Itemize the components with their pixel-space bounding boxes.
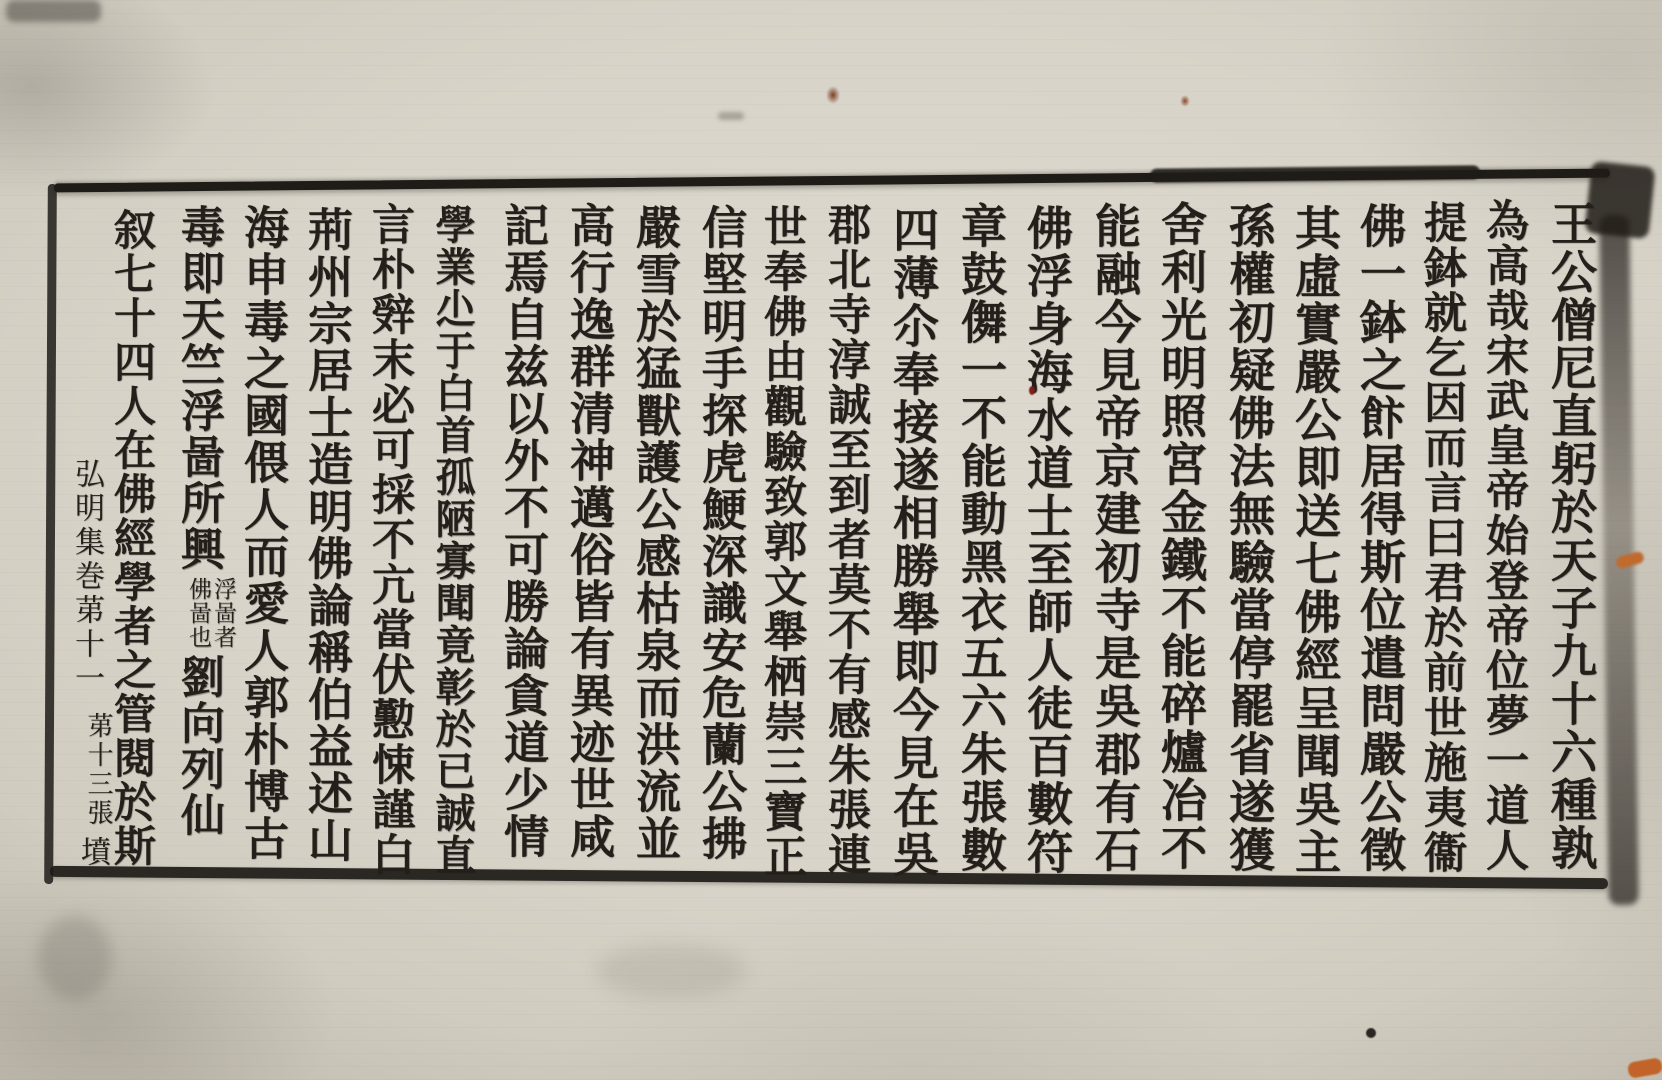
text-column-05: 其虛實嚴公即送七佛經呈聞吳主 xyxy=(1282,204,1348,876)
text-column-10: 章鼓儛一不能動黑衣五六朱張數 xyxy=(948,202,1014,874)
interlinear-note: 浮啚者佛啚也 xyxy=(185,577,235,649)
text-column-18: 學業尐于白首孤陋寡聞竟彰於已誠直 xyxy=(424,204,481,876)
text-column-09: 佛浮身海水道士至師人徒百數符 xyxy=(1014,204,1080,876)
text-column-02: 為高哉宋武皇帝始登帝位夢一道人 xyxy=(1474,198,1535,873)
volume-colophon: 弘明集巻苐十一 xyxy=(64,458,108,696)
column-22-main-text: 毒即天竺浮啚所興 xyxy=(173,204,224,572)
text-column-20: 荊州宗居士造明佛論稱伯益述山 xyxy=(294,206,359,864)
text-column-11: 四薄尒奉接遂相勝舉即今見在吳 xyxy=(880,206,946,878)
rust-stain-top xyxy=(826,86,840,104)
gray-smudge-bottom-left xyxy=(38,916,112,1000)
interlinear-note-left-line: 佛啚也 xyxy=(185,577,210,649)
text-column-14: 信堅明手探虎鯁深識安危蘭公拂 xyxy=(688,204,753,862)
case-mark: 墳 xyxy=(70,836,114,868)
block-border-top-thick-smudge xyxy=(1150,165,1480,182)
text-column-21: 海申毒之國偎人而愛人郭朴博古 xyxy=(230,204,295,862)
ink-dot-bottom xyxy=(1366,1028,1376,1038)
scanned-page: 王公僧尼直躬於天子九十六種孰 為高哉宋武皇帝始登帝位夢一道人 提鉢就乞因而言曰君… xyxy=(0,0,1662,1080)
text-column-19: 言朴辤末必可採不亢當伏懃悚謹白 xyxy=(360,202,421,877)
rust-speck-top xyxy=(1180,95,1190,107)
gray-streak-bottom-center xyxy=(596,944,746,998)
text-column-17: 記焉自兹以外不可勝論貪道少情 xyxy=(490,202,555,860)
text-column-08: 能融今見帝京建初寺是吳郡有石 xyxy=(1082,202,1148,874)
text-column-01: 王公僧尼直躬於天子九十六種孰 xyxy=(1538,200,1604,872)
text-column-13: 世奉佛由觀驗致郭文舉栖崇三寶正 xyxy=(752,204,813,879)
text-column-03: 提鉢就乞因而言曰君於前世施夷衞 xyxy=(1412,200,1473,875)
text-column-15: 嚴雪於猛獸護公感枯泉而洪流並 xyxy=(622,204,687,862)
ink-fleck-top-edge xyxy=(718,112,744,120)
text-column-16: 高行逸群清神邁俗皆有異迹世咸 xyxy=(556,202,621,860)
text-column-07: 舍利光明照宮金鐵不能碎爐冶不 xyxy=(1148,200,1214,872)
text-column-22: 毒即天竺浮啚所興浮啚者佛啚也劉向列仙 xyxy=(166,204,235,838)
text-column-04: 佛一鉢之飰居得斯位遣問嚴公徵 xyxy=(1347,202,1413,874)
orange-mark-bottom-right xyxy=(1627,1057,1662,1079)
text-column-06: 孫權初疑佛法無驗當停罷省遂獲 xyxy=(1216,202,1282,874)
block-border-right-smudge xyxy=(1599,215,1639,905)
block-border-left xyxy=(44,184,57,884)
ink-smudge-top-left xyxy=(6,0,101,22)
sheet-number-label: 苐十三張 xyxy=(80,712,117,828)
interlinear-note-right-line: 浮啚者 xyxy=(210,577,235,649)
text-column-12: 郡北寺淳誠至到者莫不有感朱張連 xyxy=(816,202,877,877)
column-22-continuation-text: 劉向列仙 xyxy=(173,654,224,838)
